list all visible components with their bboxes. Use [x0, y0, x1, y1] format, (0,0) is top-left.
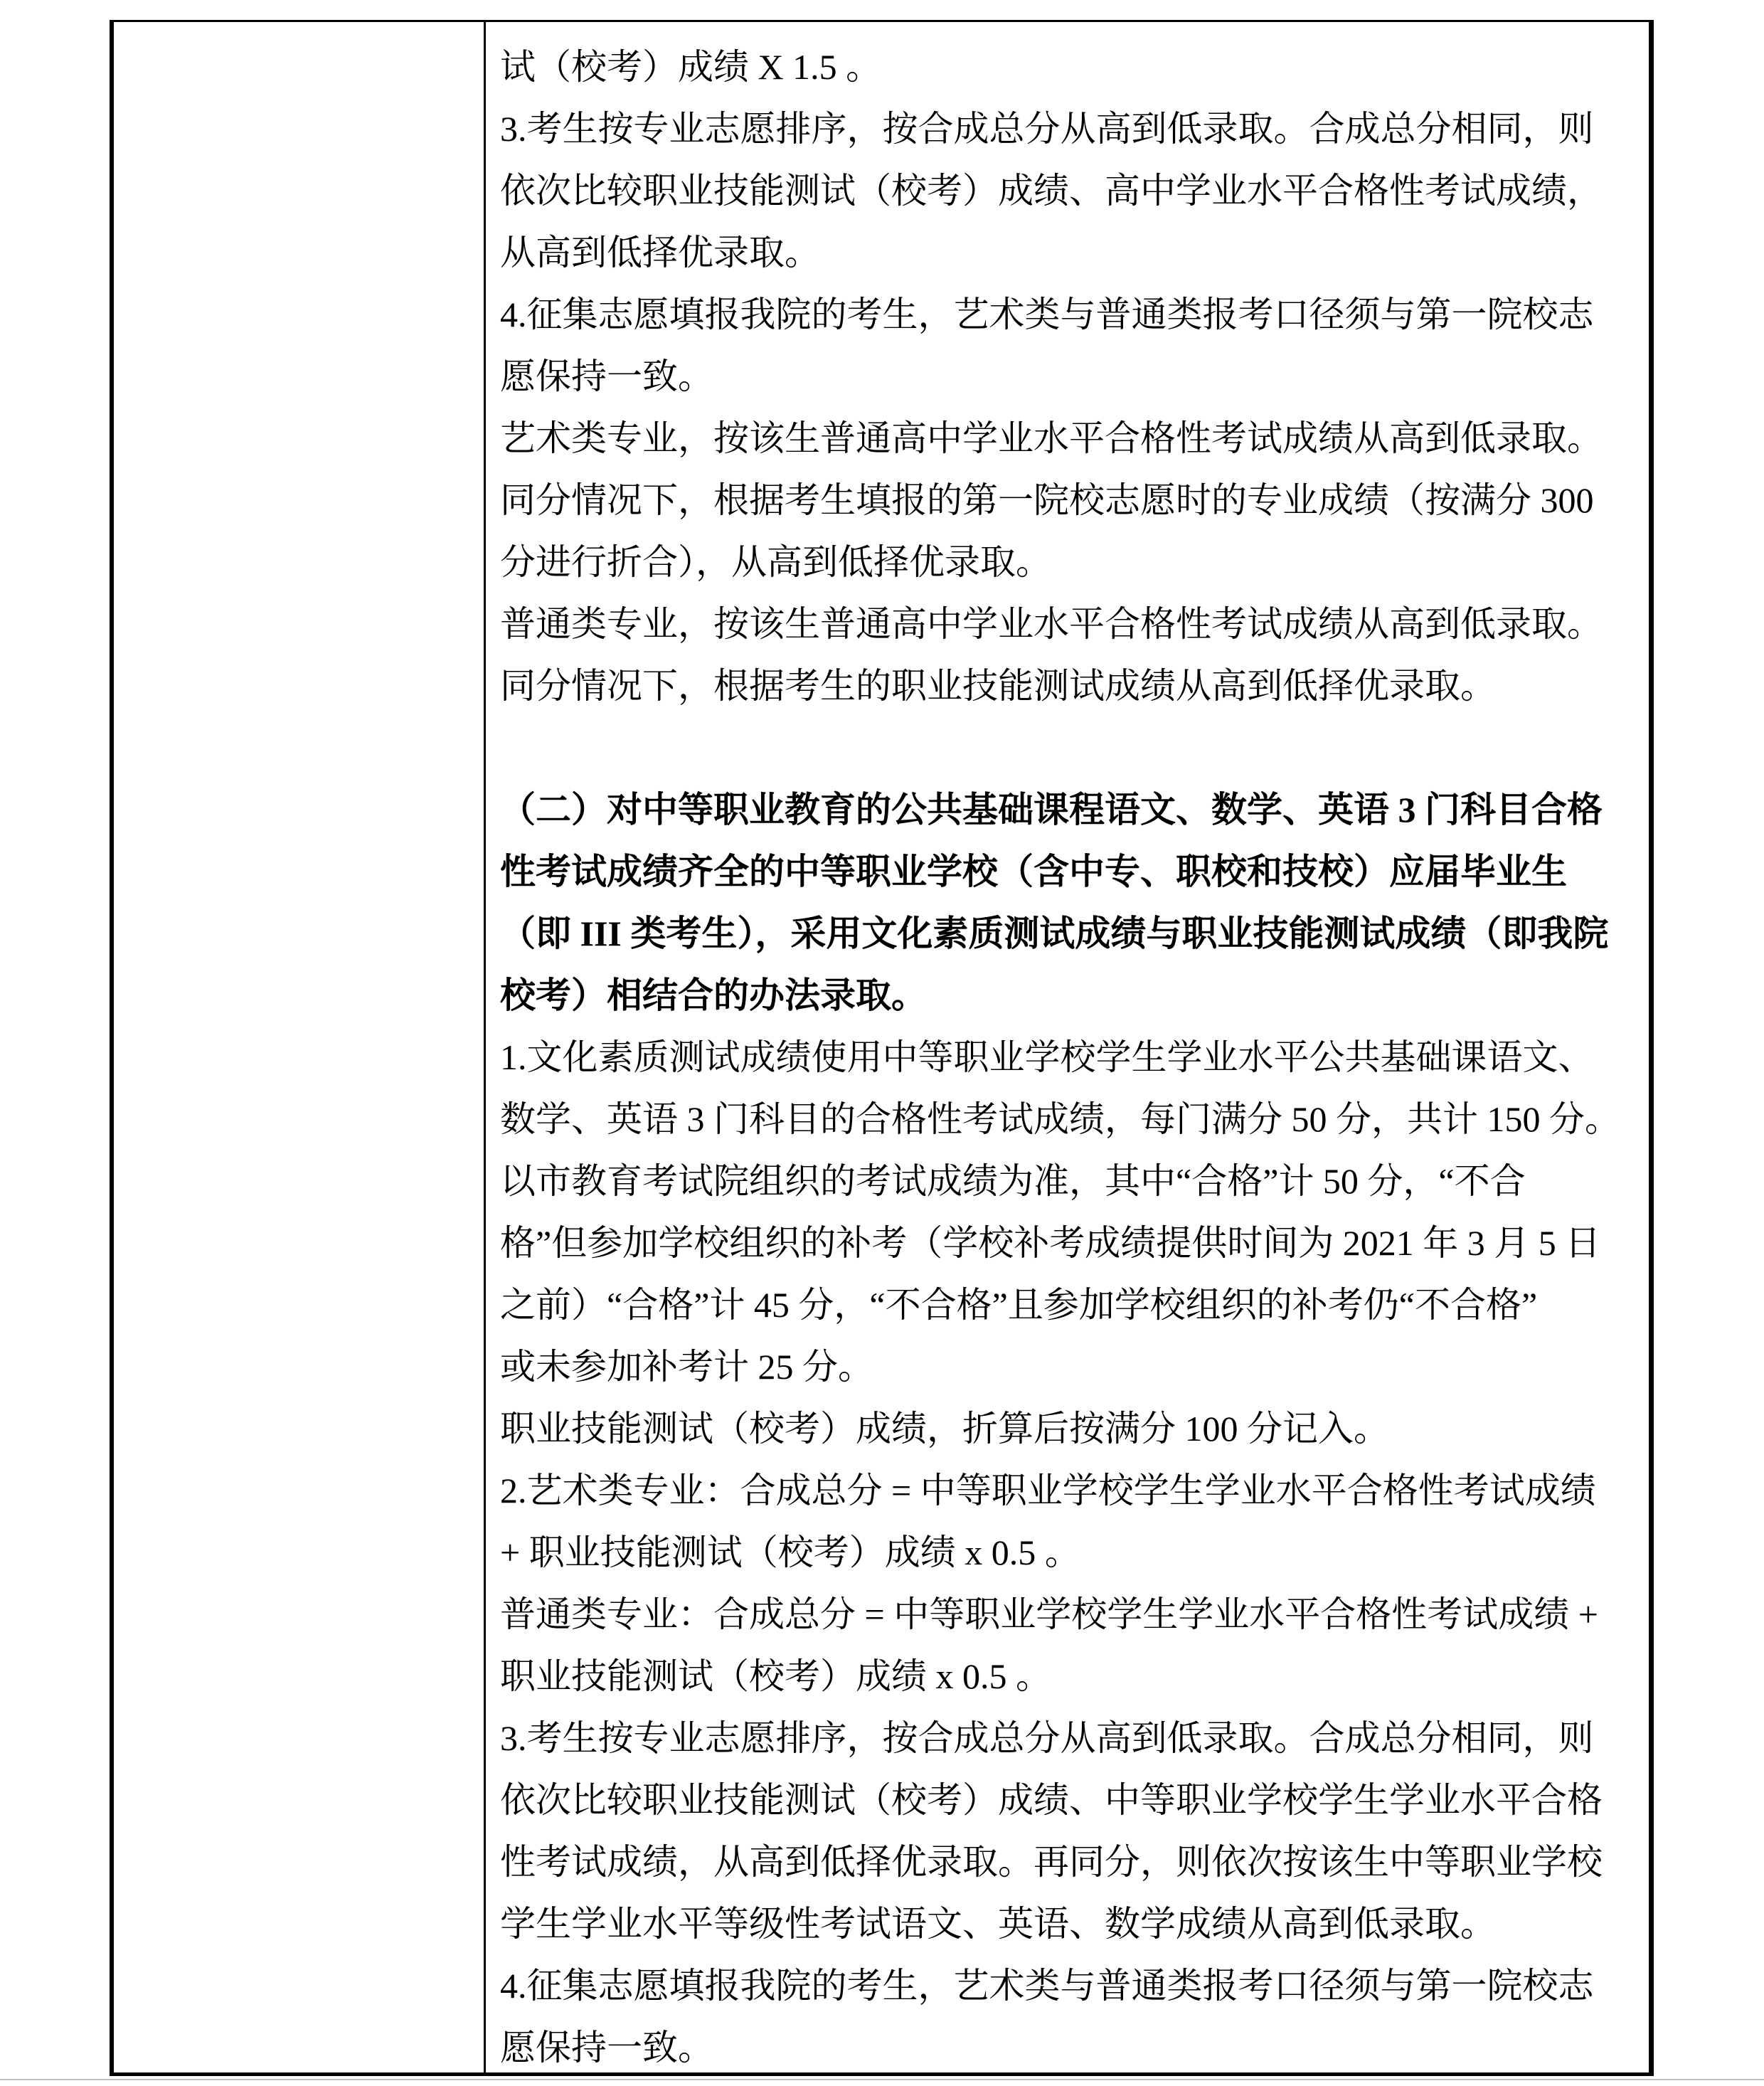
text-line-33: 愿保持一致。 — [500, 2017, 1639, 2072]
text-line-25: + 职业技能测试（校考）成绩 x 0.5 。 — [500, 1522, 1639, 1584]
text-line-23: 职业技能测试（校考）成绩，折算后按满分 100 分记入。 — [500, 1398, 1639, 1460]
text-line-20: 格”但参加学校组织的补考（学校补考成绩提供时间为 2021 年 3 月 5 日 — [500, 1212, 1639, 1274]
text-line-21: 之前）“合格”计 45 分，“不合格”且参加学校组织的补考仍“不合格” — [500, 1274, 1639, 1336]
scan-artifact-line — [0, 2079, 1764, 2080]
text-line-5: 4.征集志愿填报我院的考生，艺术类与普通类报考口径须与第一院校志 — [500, 284, 1639, 346]
text-line-4: 从高到低择优录取。 — [500, 222, 1639, 284]
section-heading-line-2: 性考试成绩齐全的中等职业学校（含中专、职校和技校）应届毕业生 — [500, 841, 1639, 903]
text-line-17: 1.文化素质测试成绩使用中等职业学校学生学业水平公共基础课语文、 — [500, 1027, 1639, 1089]
text-line-32: 4.征集志愿填报我院的考生，艺术类与普通类报考口径须与第一院校志 — [500, 1955, 1639, 2017]
document-page: 试（校考）成绩 X 1.5 。 3.考生按专业志愿排序，按合成总分从高到低录取。… — [0, 0, 1764, 2086]
text-line-18: 数学、英语 3 门科目的合格性考试成绩，每门满分 50 分，共计 150 分。 — [500, 1089, 1639, 1150]
text-line-10: 普通类专业，按该生普通高中学业水平合格性考试成绩从高到低录取。 — [500, 593, 1639, 655]
admission-rules-table: 试（校考）成绩 X 1.5 。 3.考生按专业志愿排序，按合成总分从高到低录取。… — [110, 20, 1654, 2076]
blank-line — [500, 717, 1639, 779]
text-line-24: 2.艺术类专业：合成总分 = 中等职业学校学生学业水平合格性考试成绩 — [500, 1460, 1639, 1522]
text-line-7: 艺术类专业，按该生普通高中学业水平合格性考试成绩从高到低录取。 — [500, 408, 1639, 470]
text-line-28: 3.考生按专业志愿排序，按合成总分从高到低录取。合成总分相同，则 — [500, 1708, 1639, 1769]
text-line-19: 以市教育考试院组织的考试成绩为准，其中“合格”计 50 分，“不合 — [500, 1150, 1639, 1212]
text-line-6: 愿保持一致。 — [500, 346, 1639, 408]
text-line-2: 3.考生按专业志愿排序，按合成总分从高到低录取。合成总分相同，则 — [500, 98, 1639, 160]
text-line-31: 学生学业水平等级性考试语文、英语、数学成绩从高到低录取。 — [500, 1893, 1639, 1955]
text-line-3: 依次比较职业技能测试（校考）成绩、高中学业水平合格性考试成绩， — [500, 160, 1639, 222]
table-left-cell — [114, 22, 486, 2072]
section-heading-line-4: 校考）相结合的办法录取。 — [500, 965, 1639, 1027]
text-line-22: 或未参加补考计 25 分。 — [500, 1336, 1639, 1398]
text-line-30: 性考试成绩，从高到低择优录取。再同分，则依次按该生中等职业学校 — [500, 1831, 1639, 1893]
section-heading-line-3: （即 III 类考生），采用文化素质测试成绩与职业技能测试成绩（即我院 — [500, 903, 1639, 965]
text-line-27: 职业技能测试（校考）成绩 x 0.5 。 — [500, 1646, 1639, 1708]
text-line-1: 试（校考）成绩 X 1.5 。 — [500, 36, 1639, 98]
section-heading-line-1: （二）对中等职业教育的公共基础课程语文、数学、英语 3 门科目合格 — [500, 779, 1639, 841]
table-right-cell: 试（校考）成绩 X 1.5 。 3.考生按专业志愿排序，按合成总分从高到低录取。… — [486, 22, 1649, 2072]
text-line-29: 依次比较职业技能测试（校考）成绩、中等职业学校学生学业水平合格 — [500, 1769, 1639, 1831]
text-line-9: 分进行折合），从高到低择优录取。 — [500, 531, 1639, 593]
text-line-8: 同分情况下，根据考生填报的第一院校志愿时的专业成绩（按满分 300 — [500, 470, 1639, 531]
text-line-26: 普通类专业：合成总分 = 中等职业学校学生学业水平合格性考试成绩 + — [500, 1584, 1639, 1646]
text-line-11: 同分情况下，根据考生的职业技能测试成绩从高到低择优录取。 — [500, 655, 1639, 717]
